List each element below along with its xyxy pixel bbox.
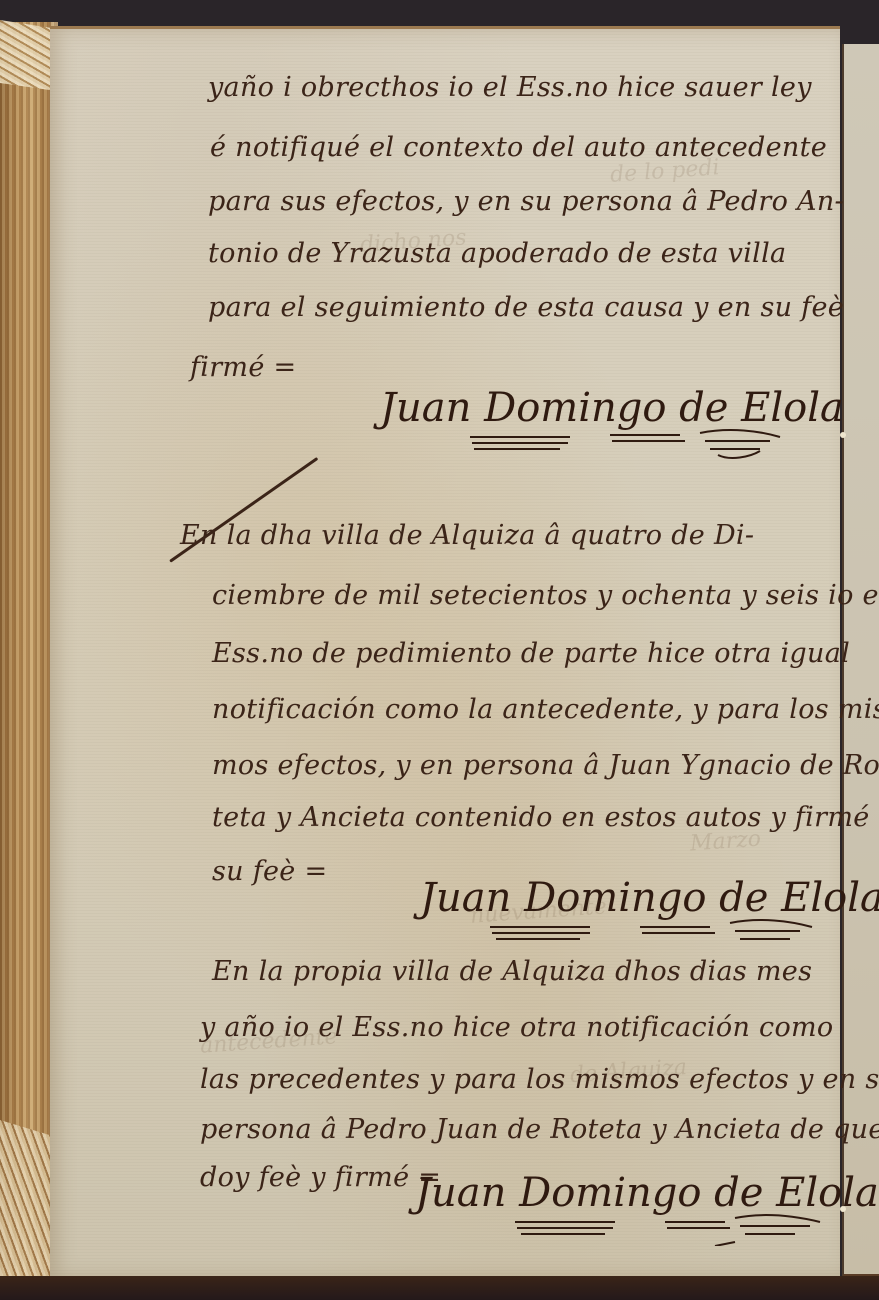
manuscript-line: En la dha villa de Alquiza â quatro de D… bbox=[180, 520, 754, 551]
signature: Juan Domingo de Elola bbox=[380, 385, 844, 431]
manuscript-line: yaño i obrecthos io el Ess.no hice sauer… bbox=[208, 72, 812, 103]
manuscript-line: ciembre de mil setecientos y ochenta y s… bbox=[212, 580, 879, 611]
manuscript-line: doy feè y firmé = bbox=[200, 1162, 441, 1193]
manuscript-line: Ess.no de pedimiento de parte hice otra … bbox=[212, 638, 850, 669]
signature-name: Juan Domingo de Elola bbox=[415, 1170, 879, 1216]
signature: Juan Domingo de Elola bbox=[420, 875, 879, 921]
manuscript-line: mos efectos, y en persona â Juan Ygnacio… bbox=[212, 750, 879, 781]
manuscript-scan: dicho nos de lo pedi nuevamente Marzo an… bbox=[0, 0, 879, 1300]
manuscript-line: y año io el Ess.no hice otra notificació… bbox=[200, 1012, 833, 1043]
signature: Juan Domingo de Elola bbox=[415, 1170, 879, 1216]
manuscript-line: é notifiqué el contexto del auto anteced… bbox=[210, 132, 827, 163]
manuscript-line: teta y Ancieta contenido en estos autos … bbox=[212, 802, 879, 833]
signature-name: Juan Domingo de Elola bbox=[380, 385, 844, 431]
binding-stitch bbox=[840, 432, 846, 438]
manuscript-line: notificación como la antecedente, y para… bbox=[212, 694, 879, 725]
manuscript-line: persona â Pedro Juan de Roteta y Ancieta… bbox=[200, 1114, 879, 1145]
manuscript-line: las precedentes y para los mismos efecto… bbox=[200, 1064, 879, 1095]
signature-name: Juan Domingo de Elola bbox=[420, 875, 879, 921]
manuscript-line: su feè = bbox=[212, 856, 327, 887]
manuscript-line: tonio de Yrazusta apoderado de esta vill… bbox=[208, 238, 786, 269]
manuscript-line: para sus efectos, y en su persona â Pedr… bbox=[208, 186, 844, 217]
manuscript-line: para el seguimiento de esta causa y en s… bbox=[208, 292, 844, 323]
manuscript-line: firmé = bbox=[190, 352, 296, 383]
manuscript-line: En la propia villa de Alquiza dhos dias … bbox=[212, 956, 812, 987]
book-bottom-shadow bbox=[0, 1276, 879, 1300]
